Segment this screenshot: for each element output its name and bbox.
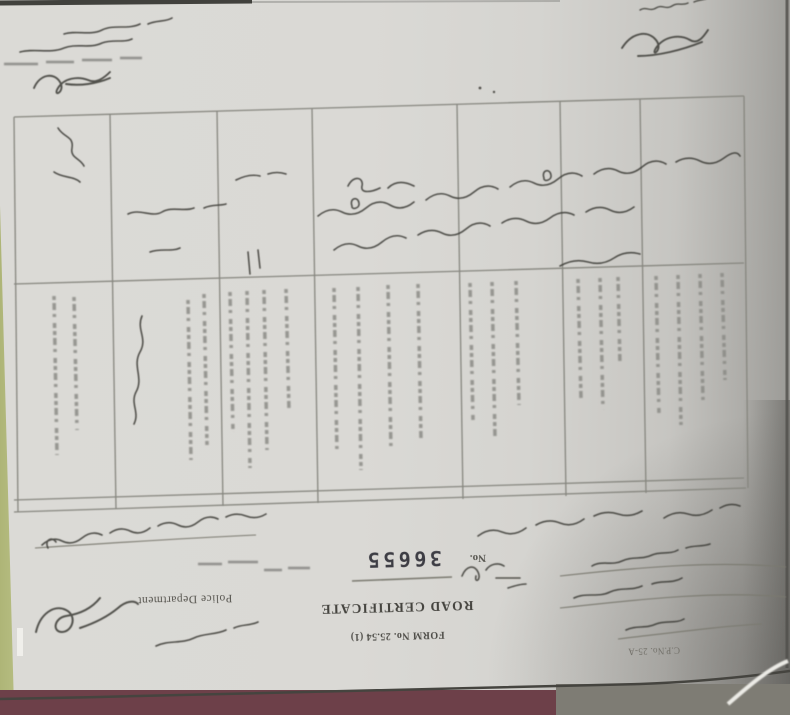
corner-form-number: C.P.No. 25-A [608,644,700,659]
serial-underline [352,577,452,581]
serial-number: 36655 [352,545,455,574]
handwriting-serial-area [462,564,526,588]
table-grid [14,96,748,512]
handwriting-table-entry [318,153,740,266]
scanned-document-photo: 36655 No. ROAD CERTIFICATE FORM No. 25.5… [0,0,790,715]
form-number-line: FORM No. 25.54 (1) [340,627,455,644]
handwriting-table-cells [54,128,286,424]
small-print-fragments [4,58,310,570]
serial-label: No. [464,551,492,566]
handwriting-top-right [479,0,708,93]
handwriting-details-block [574,544,710,630]
header-print-columns [54,273,725,470]
handwriting-top-left [20,18,172,93]
handwriting-above-table [42,504,740,548]
